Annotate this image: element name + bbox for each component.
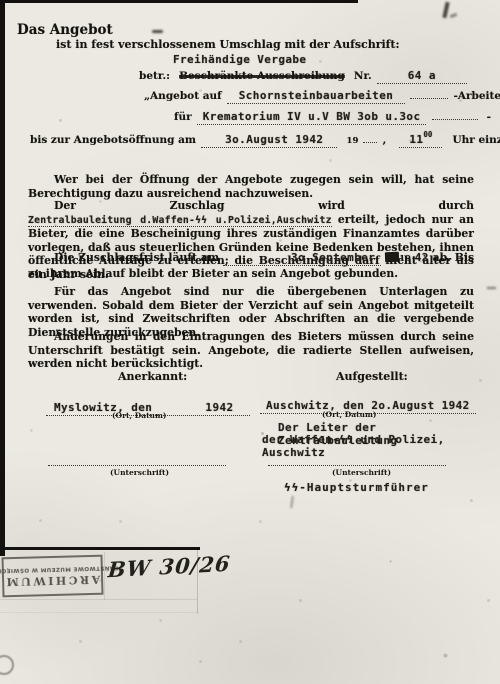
fuer-row: für Krematorium IV u.V BW 3ob u.3oc -	[174, 105, 491, 125]
opening-year-label: 19	[347, 136, 359, 146]
intro-line: ist in fest verschlossenem Umschlag mit …	[56, 38, 400, 51]
opening-date-value: 3o.August 1942	[225, 133, 323, 146]
paragraph-1: Wer bei der Öffnung der Angebote zugegen…	[28, 173, 474, 200]
dotted-line	[432, 109, 478, 120]
left-signature-line	[48, 455, 226, 466]
opening-comma: ,	[383, 134, 387, 146]
blackout-mark	[385, 252, 399, 262]
pencil-line-h2	[0, 612, 197, 613]
ink-stroke	[290, 496, 294, 508]
ink-smudge-top-right-2	[450, 13, 458, 18]
p2-pre: Der Zuschlag wird durch	[54, 199, 474, 212]
left-unterschrift-label: (Unterschrift)	[110, 468, 169, 477]
paragraph-5: Änderungen in den Eintragungen des Biete…	[28, 330, 474, 371]
fuer-field: Krematorium IV u.V BW 3ob u.3oc	[197, 105, 427, 125]
angebot-auf-field: Schornsteinbauarbeiten	[227, 84, 406, 104]
pencil-line-h1	[0, 599, 197, 600]
angebot-auf-value: Schornsteinbauarbeiten	[239, 89, 394, 102]
opening-time-sup: 00	[423, 130, 432, 139]
opening-prefix: bis zur Angebotsöffnung am	[30, 134, 196, 146]
betr-struck-text: Beschränkte Ausschreibung	[179, 70, 345, 82]
right-unterschrift-label: (Unterschrift)	[332, 468, 391, 477]
betr-nr-value: 64 a	[408, 69, 436, 82]
betr-row: betr.: Beschränkte Ausschreibung Nr. 64 …	[139, 64, 467, 84]
angebot-auf-suffix: -Arbeiten	[453, 90, 500, 102]
angebot-auf-row: „Angebot auf Schornsteinbauarbeiten -Arb…	[144, 84, 500, 104]
ink-smudge-top-right	[442, 2, 449, 18]
right-ort-datum-label: (Ort, Datum)	[322, 410, 377, 419]
dotted-line	[410, 88, 448, 99]
p2-typed-zentralbauleitung: Zentralbauleitung d.Waffen-ϟϟ u.Polizei,…	[28, 215, 332, 227]
stamp-line-large: ARCHIWUM	[4, 572, 100, 588]
p3-typed-date: 3o.September	[291, 251, 375, 264]
aufgestellt-label: Aufgestellt:	[336, 370, 408, 383]
archive-stamp: PAŃSTWOWE MUZEUM W OŚWIĘCIMIU ARCHIWUM	[1, 555, 103, 598]
left-year-value: 1942	[205, 401, 233, 414]
anerkannt-label: Anerkannt:	[118, 370, 187, 383]
right-signature-line	[268, 455, 446, 466]
betr-nr-field: 64 a	[377, 64, 467, 84]
opening-time-value: 11	[409, 133, 423, 146]
opening-row: bis zur Angebotsöffnung am 3o.August 194…	[30, 128, 500, 148]
opening-date-field: 3o.August 1942	[201, 128, 337, 148]
paper-noise	[0, 0, 1, 1]
fuer-label: für	[174, 111, 192, 123]
fuer-value: Krematorium IV u.V BW 3ob u.3oc	[203, 110, 421, 123]
circle-mark	[0, 655, 14, 675]
betr-nr-label: Nr.	[354, 70, 372, 82]
form-title: Das Angebot	[17, 22, 113, 38]
paragraph-3: Die Zuschlagsfrist läuft am 3o.September…	[28, 251, 474, 280]
dotted-line	[363, 132, 377, 143]
document-page: Das Angebot ist in fest verschlossenem U…	[0, 0, 500, 684]
margin-dash	[487, 287, 496, 289]
opening-time-field: 1100	[399, 128, 442, 148]
angebot-auf-label: „Angebot auf	[144, 90, 222, 102]
betr-label: betr.:	[139, 70, 170, 82]
ink-dash	[152, 30, 163, 33]
p3-date-field: 3o.September	[223, 251, 381, 266]
scan-edge-left	[0, 0, 5, 556]
fuer-dash: -	[487, 111, 491, 123]
left-ort-datum-label: (Ort, Datum)	[112, 411, 167, 420]
opening-suffix: Uhr einzureichen.	[453, 134, 500, 146]
scan-edge-top	[0, 0, 358, 3]
pencil-line-v2	[104, 552, 105, 600]
stamp-line-small: PAŃSTWOWE MUZEUM W OŚWIĘCIMIU	[0, 564, 119, 573]
rank-line: ϟϟ-Hauptsturmführer	[284, 481, 429, 494]
scan-line-bottom	[0, 547, 200, 550]
p3-typed-year: 42	[415, 251, 429, 264]
p3-year-label: 19	[399, 254, 411, 264]
handwritten-annotation: BW 30/26	[107, 551, 232, 583]
p3-pre: Die Zuschlagsfrist läuft am	[54, 251, 219, 264]
